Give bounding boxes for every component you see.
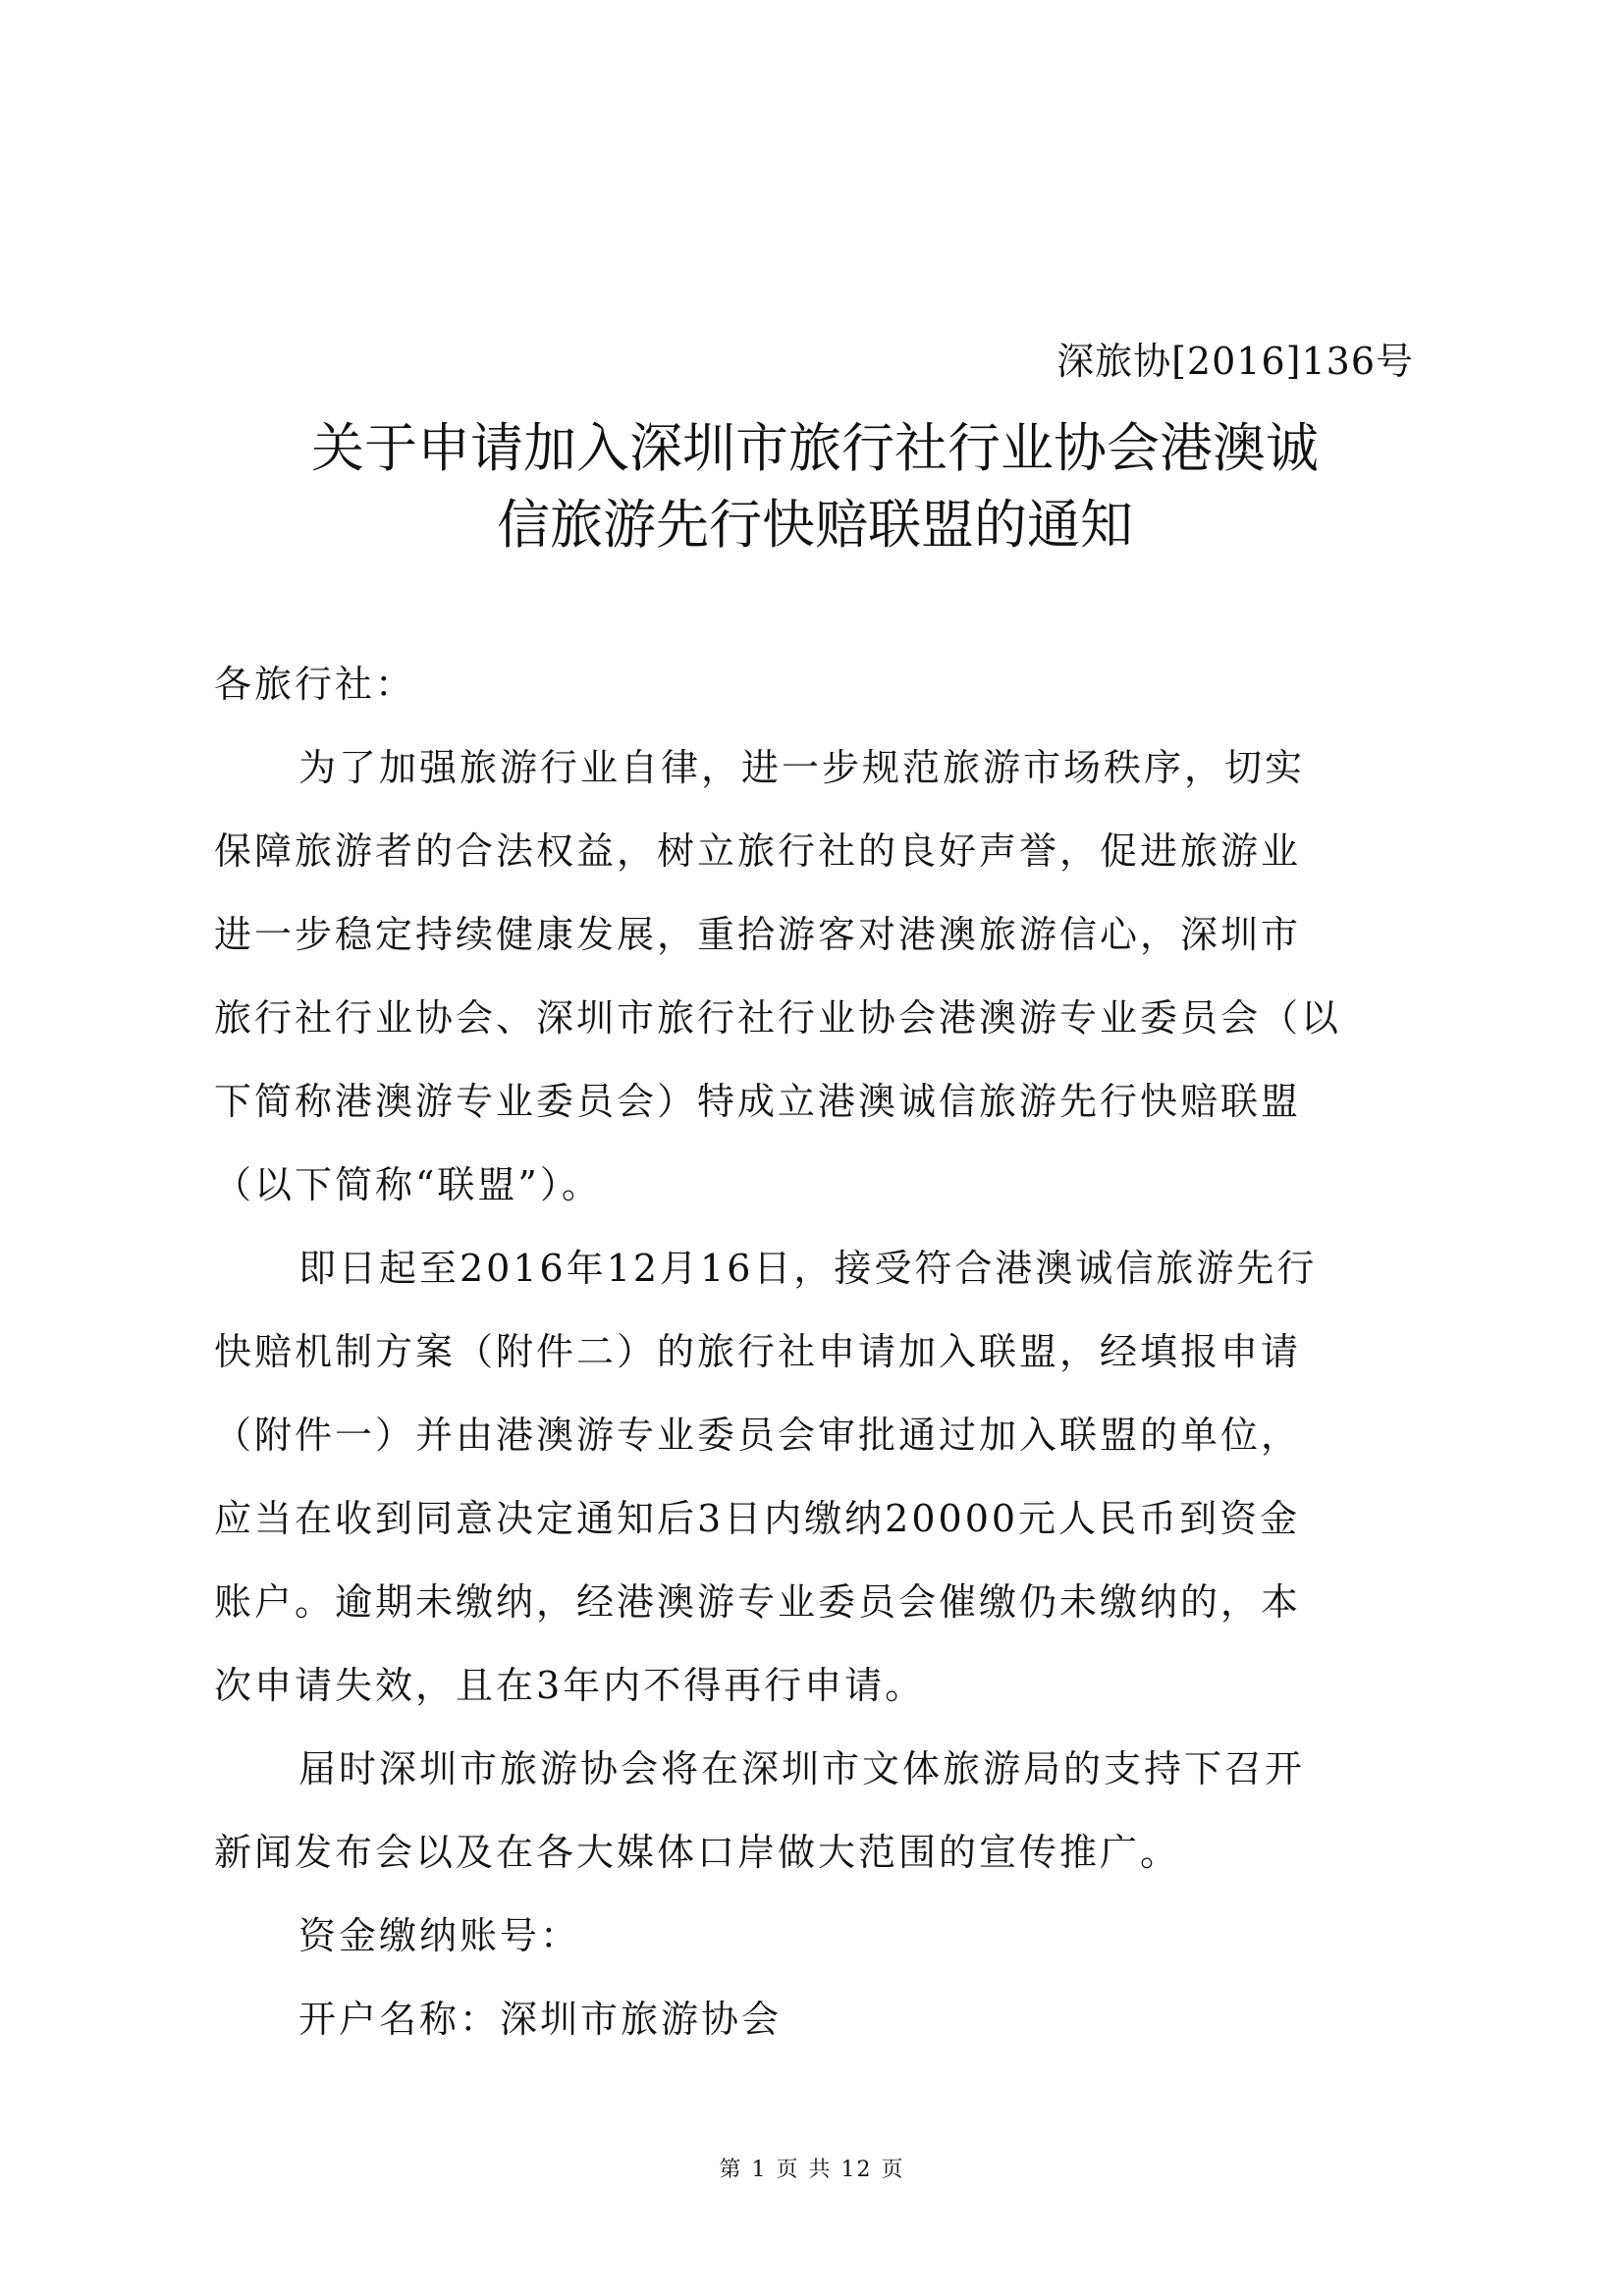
document-title: 关于申请加入深圳市旅行社行业协会港澳诚 信旅游先行快赔联盟的通知 <box>226 410 1404 563</box>
paragraph-line: 下简称港澳游专业委员会）特成立港澳诚信旅游先行快赔联盟 <box>214 1060 1414 1144</box>
paragraph-line: 次申请失效，且在3年内不得再行申请。 <box>214 1644 1414 1728</box>
paragraph-line: 应当在收到同意决定通知后3日内缴纳20000元人民币到资金 <box>214 1477 1414 1561</box>
title-line: 信旅游先行快赔联盟的通知 <box>226 487 1404 563</box>
paragraph-3: 届时深圳市旅游协会将在深圳市文体旅游局的支持下召开 新闻发布会以及在各大媒体口岸… <box>214 1728 1414 1895</box>
paragraph-line: （以下简称“联盟”）。 <box>214 1144 1414 1227</box>
account-label: 资金缴纳账号： <box>214 1895 1414 1978</box>
paragraph-line: 新闻发布会以及在各大媒体口岸做大范围的宣传推广。 <box>214 1811 1414 1895</box>
account-name: 开户名称：深圳市旅游协会 <box>214 1978 1414 2061</box>
title-line: 关于申请加入深圳市旅行社行业协会港澳诚 <box>226 410 1404 487</box>
paragraph-2: 即日起至2016年12月16日，接受符合港澳诚信旅游先行 快赔机制方案（附件二）… <box>214 1227 1414 1728</box>
paragraph-1: 为了加强旅游行业自律，进一步规范旅游市场秩序，切实 保障旅游者的合法权益，树立旅… <box>214 726 1414 1227</box>
document-body: 各旅行社： 为了加强旅游行业自律，进一步规范旅游市场秩序，切实 保障旅游者的合法… <box>214 643 1414 2061</box>
paragraph-line: 届时深圳市旅游协会将在深圳市文体旅游局的支持下召开 <box>214 1728 1414 1811</box>
paragraph-line: 即日起至2016年12月16日，接受符合港澳诚信旅游先行 <box>214 1227 1414 1310</box>
paragraph-line: （附件一）并由港澳游专业委员会审批通过加入联盟的单位， <box>214 1394 1414 1477</box>
paragraph-line: 保障旅游者的合法权益，树立旅行社的良好声誉，促进旅游业 <box>214 810 1414 893</box>
document-number: 深旅协[2016]136号 <box>1056 337 1414 386</box>
paragraph-line: 快赔机制方案（附件二）的旅行社申请加入联盟，经填报申请 <box>214 1310 1414 1394</box>
paragraph-line: 进一步稳定持续健康发展，重拾游客对港澳旅游信心，深圳市 <box>214 893 1414 977</box>
salutation: 各旅行社： <box>214 643 1414 726</box>
paragraph-line: 为了加强旅游行业自律，进一步规范旅游市场秩序，切实 <box>214 726 1414 810</box>
page-footer: 第 1 页 共 12 页 <box>0 2153 1624 2183</box>
paragraph-line: 账户。逾期未缴纳，经港澳游专业委员会催缴仍未缴纳的，本 <box>214 1561 1414 1644</box>
paragraph-line: 旅行社行业协会、深圳市旅行社行业协会港澳游专业委员会（以 <box>214 977 1414 1060</box>
